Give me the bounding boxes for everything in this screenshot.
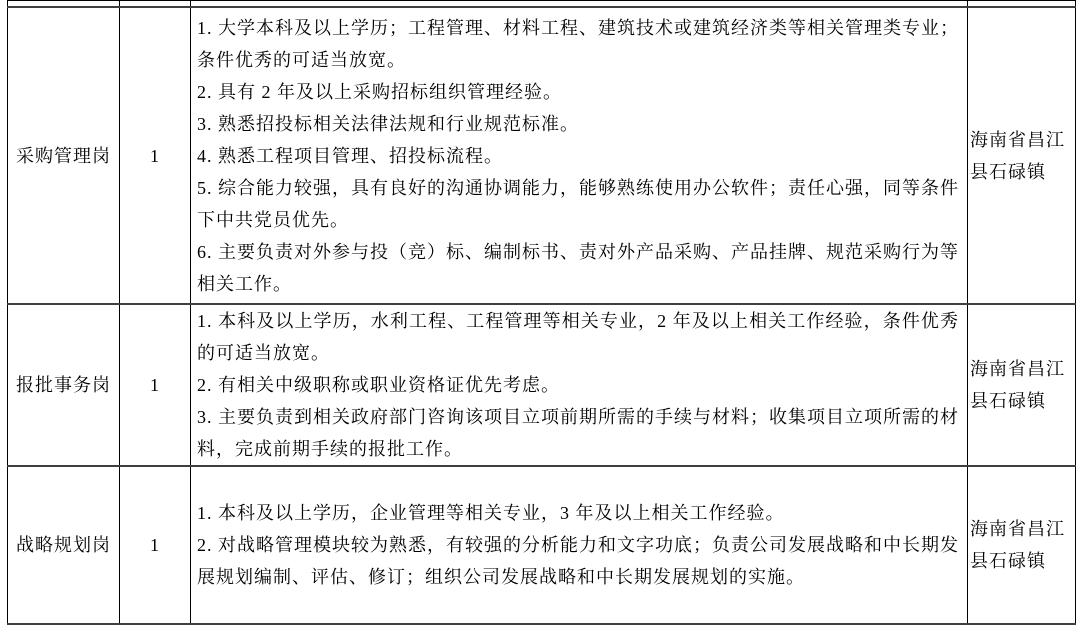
requirement-item: 1. 本科及以上学历，水利工程、工程管理等相关专业，2 年及以上相关工作经验，条…	[197, 305, 959, 369]
requirements-cell: 1. 大学本科及以上学历；工程管理、材料工程、建筑技术或建筑经济类等相关管理类专…	[191, 7, 968, 304]
requirement-item: 1. 大学本科及以上学历；工程管理、材料工程、建筑技术或建筑经济类等相关管理类专…	[197, 12, 959, 76]
requirement-item: 2. 对战略管理模块较为熟悉，有较强的分析能力和文字功底；负责公司发展战略和中长…	[197, 529, 959, 593]
requirement-item: 2. 具有 2 年及以上采购招标组织管理经验。	[197, 76, 959, 108]
requirement-item: 4. 熟悉工程项目管理、招投标流程。	[197, 140, 959, 172]
requirements-cell: 1. 本科及以上学历，水利工程、工程管理等相关专业，2 年及以上相关工作经验，条…	[191, 304, 968, 466]
requirement-item: 5. 综合能力较强，具有良好的沟通协调能力，能够熟练使用办公软件；责任心强，同等…	[197, 172, 959, 236]
position-cell: 采购管理岗	[8, 7, 120, 304]
location-cell: 海南省昌江县石碌镇	[968, 304, 1076, 466]
table-row: 采购管理岗 1 1. 大学本科及以上学历；工程管理、材料工程、建筑技术或建筑经济…	[8, 7, 1076, 304]
job-table-body: 采购管理岗 1 1. 大学本科及以上学历；工程管理、材料工程、建筑技术或建筑经济…	[8, 1, 1076, 625]
location-cell: 海南省昌江县石碌镇	[968, 466, 1076, 624]
headcount-cell: 1	[120, 304, 191, 466]
table-row: 战略规划岗 1 1. 本科及以上学历，企业管理等相关专业，3 年及以上相关工作经…	[8, 466, 1076, 624]
requirement-item: 3. 熟悉招投标相关法律法规和行业规范标准。	[197, 108, 959, 140]
requirement-item: 3. 主要负责到相关政府部门咨询该项目立项前期所需的手续与材料；收集项目立项所需…	[197, 401, 959, 465]
table-row: 报批事务岗 1 1. 本科及以上学历，水利工程、工程管理等相关专业，2 年及以上…	[8, 304, 1076, 466]
requirement-item: 1. 本科及以上学历，企业管理等相关专业，3 年及以上相关工作经验。	[197, 497, 959, 529]
requirements-cell: 1. 本科及以上学历，企业管理等相关专业，3 年及以上相关工作经验。2. 对战略…	[191, 466, 968, 624]
job-postings-table: 采购管理岗 1 1. 大学本科及以上学历；工程管理、材料工程、建筑技术或建筑经济…	[7, 0, 1076, 625]
position-cell: 战略规划岗	[8, 466, 120, 624]
location-cell: 海南省昌江县石碌镇	[968, 7, 1076, 304]
headcount-cell: 1	[120, 466, 191, 624]
position-cell: 报批事务岗	[8, 304, 120, 466]
headcount-cell: 1	[120, 7, 191, 304]
requirement-item: 2. 有相关中级职称或职业资格证优先考虑。	[197, 369, 959, 401]
requirement-item: 6. 主要负责对外参与投（竞）标、编制标书、责对外产品采购、产品挂牌、规范采购行…	[197, 236, 959, 300]
